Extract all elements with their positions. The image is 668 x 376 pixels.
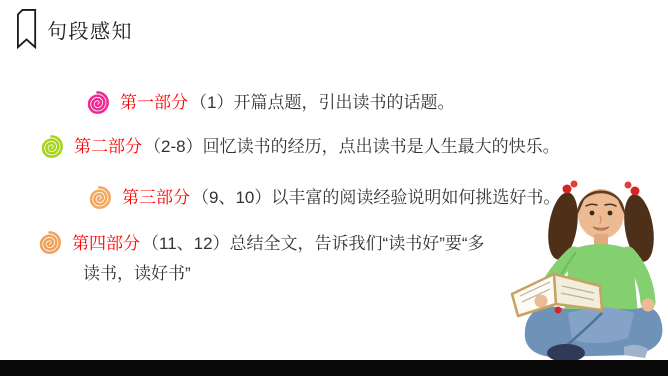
- girl-hand-right: [642, 299, 655, 312]
- section-body: （2-8）回忆读书的经历，点出读书是人生最大的快乐。: [144, 137, 560, 156]
- section-body: （1）开篇点题，引出读书的话题。: [190, 93, 454, 112]
- spiral-icon: [36, 229, 63, 256]
- section-text: 第一部分（1）开篇点题，引出读书的话题。: [120, 89, 454, 116]
- section-label: 第四部分: [72, 234, 140, 253]
- section-label: 第三部分: [122, 188, 190, 207]
- spiral-icon: [84, 89, 111, 116]
- section-body: （11、12）总结全文，告诉我们“读书好”要“多: [142, 234, 485, 253]
- spiral-icon: [38, 133, 65, 160]
- girl-neck: [594, 234, 608, 245]
- section-item-1: 第一部分（1）开篇点题，引出读书的话题。: [84, 89, 454, 116]
- section-body-line2: 读书，读好书”: [72, 259, 564, 289]
- spiral-icon: [86, 184, 113, 211]
- section-item-4: 第四部分（11、12）总结全文，告诉我们“读书好”要“多读书，读好书”: [36, 229, 564, 289]
- footer-bar: [0, 360, 668, 376]
- section-text: 第三部分（9、10）以丰富的阅读经验说明如何挑选好书。: [122, 184, 560, 211]
- section-label: 第一部分: [120, 93, 188, 112]
- section-item-2: 第二部分（2-8）回忆读书的经历，点出读书是人生最大的快乐。: [38, 133, 560, 160]
- section-text: 第二部分（2-8）回忆读书的经历，点出读书是人生最大的快乐。: [74, 133, 560, 160]
- section-text: 第四部分（11、12）总结全文，告诉我们“读书好”要“多读书，读好书”: [72, 229, 564, 289]
- presentation-slide: 句段感知 第一部分（1）开篇点题，引出读书的话题。 第二部分（2-8）回忆读书的…: [0, 0, 668, 376]
- section-item-3: 第三部分（9、10）以丰富的阅读经验说明如何挑选好书。: [86, 184, 560, 211]
- girl-reading-photo: [506, 162, 666, 362]
- girl-hand-left: [535, 295, 548, 308]
- page-title: 句段感知: [47, 15, 133, 44]
- girl-head: [577, 189, 625, 239]
- slide-header: 句段感知: [17, 8, 133, 50]
- girl-jeans: [525, 307, 663, 358]
- section-label: 第二部分: [74, 137, 142, 156]
- bookmark-icon: [17, 8, 37, 50]
